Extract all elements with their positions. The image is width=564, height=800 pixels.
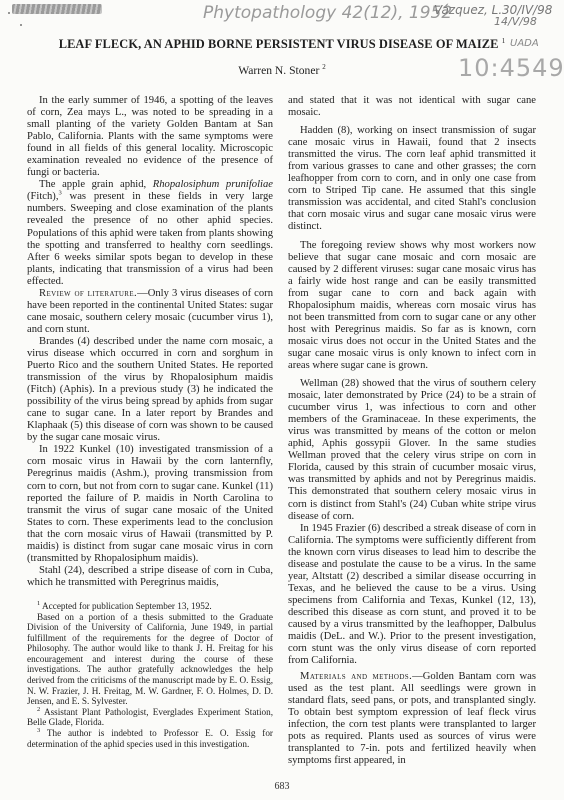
author-name: Warren N. Stoner (238, 64, 319, 77)
footnote-1: 1 Accepted for publication September 13,… (27, 601, 273, 612)
text: was present in these fields in very larg… (27, 191, 273, 286)
handwritten-journal-citation: Phytopathology 42(12), 1952 (203, 3, 452, 23)
footnotes: 1 Accepted for publication September 13,… (27, 601, 273, 749)
paragraph: In the early summer of 1946, a spotting … (27, 95, 273, 179)
paragraph: Wellman (28) showed that the virus of so… (288, 378, 536, 523)
paragraph: Brandes (4) described under the name cor… (27, 336, 273, 444)
paragraph: Review of literature.—Only 3 virus disea… (27, 288, 273, 336)
spacer (27, 589, 273, 601)
text: The apple grain aphid, (39, 179, 153, 190)
redacted-stamp (12, 4, 102, 14)
footnote-marker: 1 (37, 600, 40, 607)
footnote-1-continued: Based on a portion of a thesis submitted… (27, 612, 273, 707)
handwritten-date-2: 14/V/98 (494, 15, 537, 28)
species-name: Rhopalosiphum prunifoliae (153, 179, 273, 190)
section-heading-materials: Materials and methods. (300, 671, 412, 682)
article-title: LEAF FLECK, AN APHID BORNE PERSISTENT VI… (0, 37, 564, 52)
paragraph: The apple grain aphid, Rhopalosiphum pru… (27, 179, 273, 287)
paragraph: In 1922 Kunkel (10) investigated transmi… (27, 444, 273, 564)
author-footnote-marker: 2 (322, 63, 326, 71)
right-column: and stated that it was not identical wit… (288, 95, 536, 768)
paragraph: In 1945 Frazier (6) described a streak d… (288, 523, 536, 668)
handwritten-requester: Vázquez, L. (434, 3, 502, 17)
text: Assistant Plant Pathologist, Everglades … (27, 707, 273, 728)
paragraph: and stated that it was not identical wit… (288, 95, 536, 119)
footnote-3: 3 The author is indebted to Professor E.… (27, 728, 273, 749)
footnote-marker: 3 (37, 727, 40, 734)
title-footnote-marker: 1 (502, 37, 506, 45)
text: —Golden Bantam corn was used as the test… (288, 671, 536, 766)
paragraph: Stahl (24), described a stripe disease o… (27, 565, 273, 589)
paragraph: The foregoing review shows why most work… (288, 240, 536, 373)
speck (20, 24, 22, 26)
footnote-marker: 2 (37, 706, 40, 713)
author-line: Warren N. Stoner 2 (0, 63, 564, 77)
paragraph: Materials and methods.—Golden Bantam cor… (288, 671, 536, 767)
footnote-2: 2 Assistant Plant Pathologist, Everglade… (27, 707, 273, 728)
text: (Fitch), (27, 191, 58, 202)
text: The author is indebted to Professor E. O… (27, 728, 273, 749)
left-column: In the early summer of 1946, a spotting … (27, 95, 273, 749)
text: Accepted for publication September 13, 1… (42, 601, 212, 611)
page-number: 683 (0, 781, 564, 792)
section-heading-review: Review of literature. (39, 288, 137, 299)
paragraph: Hadden (8), working on insect transmissi… (288, 125, 536, 233)
speck (8, 12, 10, 14)
title-text: LEAF FLECK, AN APHID BORNE PERSISTENT VI… (59, 37, 499, 51)
